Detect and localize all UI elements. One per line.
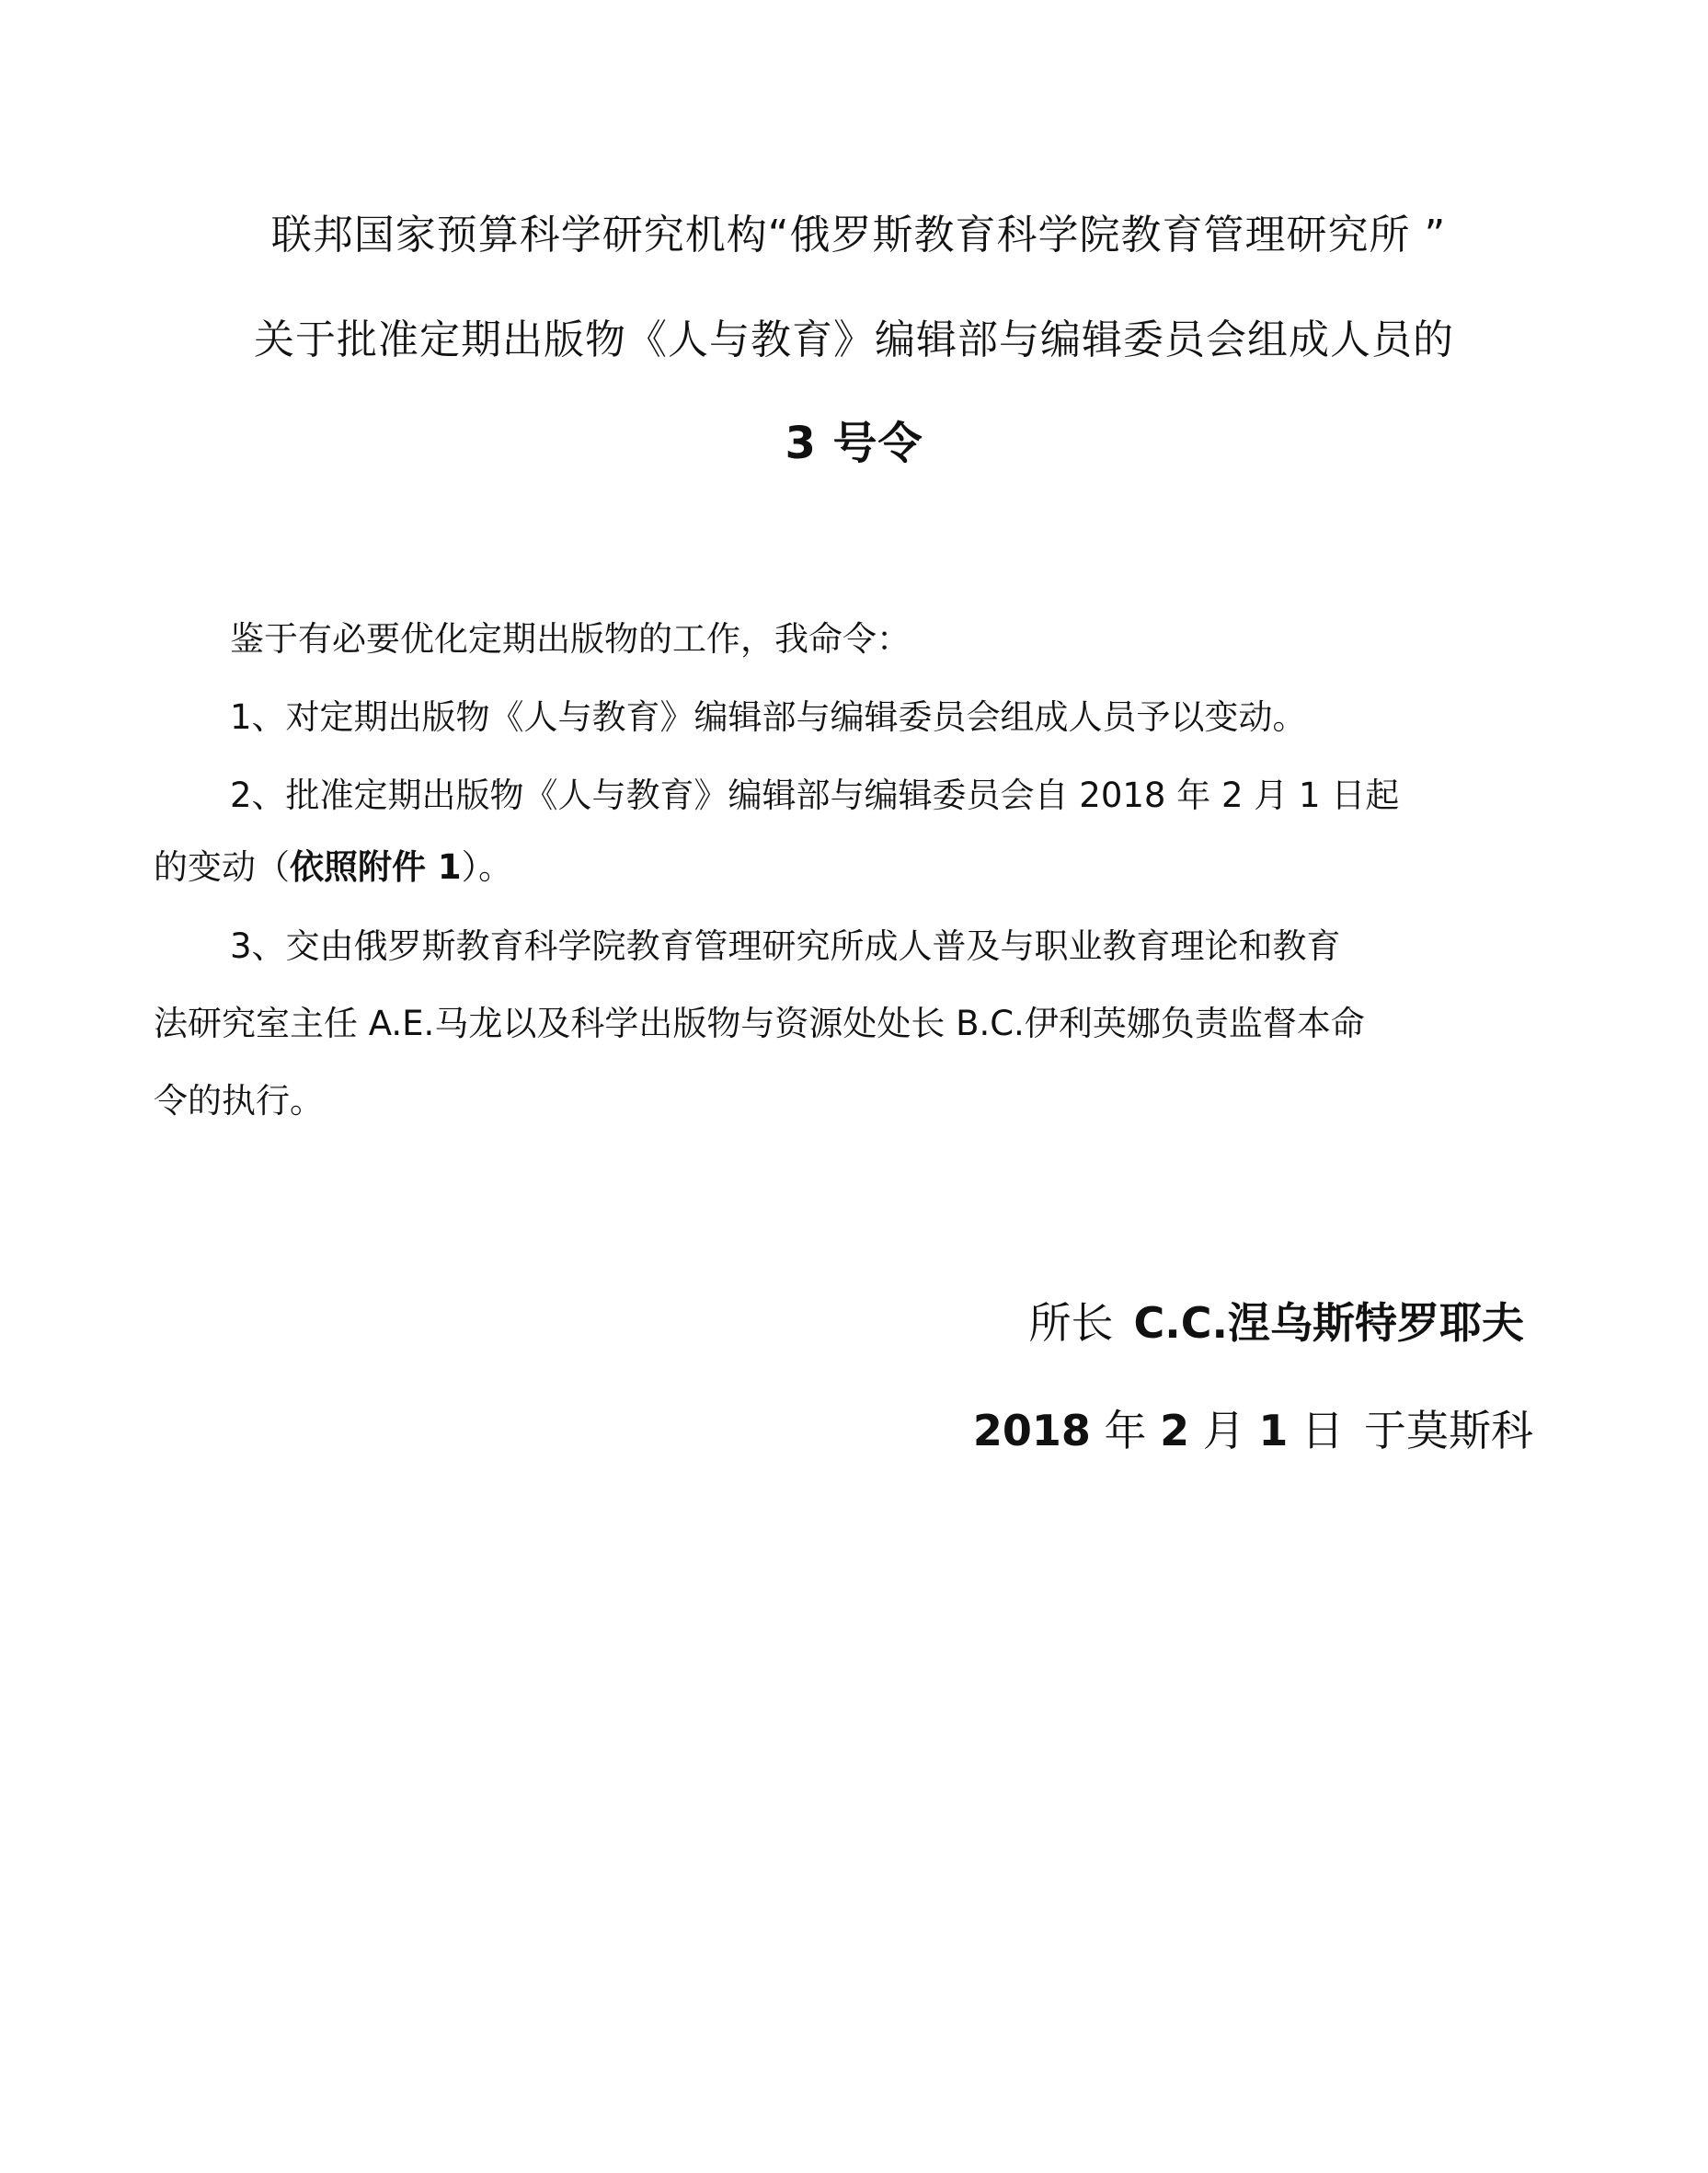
date-month: 2 [1160,1406,1189,1455]
order-number: 3 号令 [0,416,1708,471]
item-3-line-3: 令的执行。 [154,1078,1533,1124]
date-place-line: 2018 年 2 月 1 日于莫斯科 [973,1403,1533,1458]
signing-place: 于莫斯科 [1364,1406,1533,1455]
date-month-unit: 月 [1203,1406,1245,1455]
date-day: 1 [1258,1406,1288,1455]
appendix-reference: 依照附件 1 [290,847,462,887]
item-1: 1、对定期出版物《人与教育》编辑部与编辑委员会组成人员予以变动。 [230,695,1536,741]
signatory-initials-name: C.C.涅乌斯特罗耶夫 [1134,1298,1524,1348]
item-3-line-1: 3、交由俄罗斯教育科学院教育管理研究所成人普及与职业教育理论和教育 [230,924,1536,970]
item-3-line-2: 法研究室主任 A.E.马龙以及科学出版物与资源处处长 B.C.伊利英娜负责监督本… [154,1001,1533,1047]
signatory-position: 所长 [1029,1298,1114,1348]
item-2-line-1: 2、批准定期出版物《人与教育》编辑部与编辑委员会自 2018 年 2 月 1 日… [230,773,1536,819]
title-line-institution: 联邦国家预算科学研究机构“俄罗斯教育科学院教育管理研究所 ” [0,208,1708,263]
item-2-line-2: 的变动（依照附件 1）。 [154,845,1533,891]
document-page: 联邦国家预算科学研究机构“俄罗斯教育科学院教育管理研究所 ” 关于批准定期出版物… [0,0,1708,2173]
date-year-unit: 年 [1104,1406,1146,1455]
intro-paragraph: 鉴于有必要优化定期出版物的工作，我命令： [230,616,1536,662]
title-line-subject: 关于批准定期出版物《人与教育》编辑部与编辑委员会组成人员的 [0,313,1708,368]
signature-line: 所长C.C.涅乌斯特罗耶夫 [1029,1295,1524,1351]
item-2-suffix: ）。 [462,847,513,887]
date-day-unit: 日 [1301,1406,1344,1455]
item-2-prefix: 的变动（ [154,847,290,887]
date-year: 2018 [973,1406,1091,1455]
